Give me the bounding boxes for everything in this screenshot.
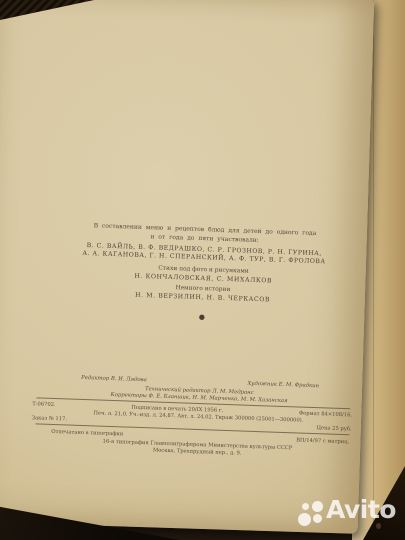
ornament-dot: ● <box>0 306 404 328</box>
avito-logo-icon <box>313 514 322 523</box>
order-number: Заказ № 117. <box>32 415 67 422</box>
printed-content: В составлении меню и рецептов блюд для д… <box>0 0 405 540</box>
avito-watermark: Avito <box>297 497 401 535</box>
listing-photo: В составлении меню и рецептов блюд для д… <box>0 0 405 540</box>
avito-logo-icon <box>302 503 309 510</box>
avito-wordmark: Avito <box>326 495 396 524</box>
printed-note: Отпечатано в типографии <box>51 429 123 438</box>
avito-logo-icon <box>312 501 323 512</box>
price-note: Цена 25 руб. <box>316 425 351 432</box>
artist-credit: Художник Е. М. Фрадкин <box>247 381 319 389</box>
avito-logo-icon <box>298 513 311 526</box>
index-code: Т-06702. <box>32 401 56 408</box>
editor-credit: Редактор В. И. Лядова <box>81 375 147 383</box>
matrix-note: ВП/14/97 с матриц. <box>296 437 349 445</box>
